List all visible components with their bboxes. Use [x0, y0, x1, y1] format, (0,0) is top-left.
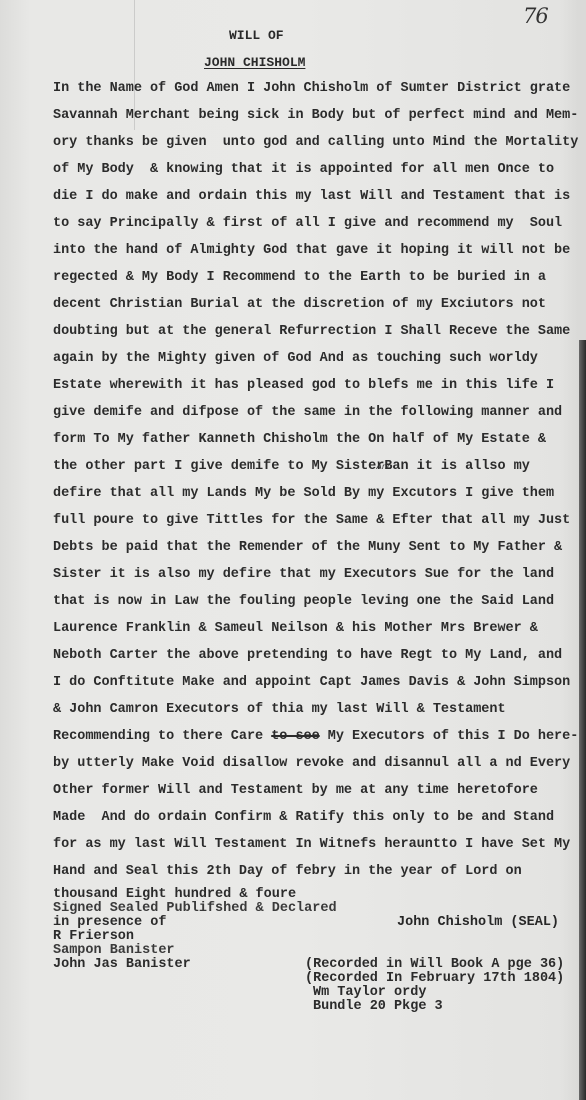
testator-signature: John Chisholm (SEAL) — [397, 916, 559, 930]
recording-note: (Recorded In February 17th 1804) — [305, 972, 564, 986]
body-line: of My Body & knowing that it is appointe… — [53, 160, 583, 187]
body-line: by utterly Make Void disallow revoke and… — [53, 754, 583, 781]
body-line: Sister it is also my defire that my Exec… — [53, 565, 583, 592]
body-line-text: My Executors of this I Do here- — [320, 729, 579, 744]
witness-name: Sampon Banister — [53, 944, 337, 958]
witness-block: thousand Eight hundred & foure Signed Se… — [53, 888, 337, 972]
body-line: Savannah Merchant being sick in Body but… — [53, 106, 583, 133]
body-line: Hand and Seal this 2th Day of febry in t… — [53, 862, 583, 889]
body-line: die I do make and ordain this my last Wi… — [53, 187, 583, 214]
body-line: that is now in Law the fouling people le… — [53, 592, 583, 619]
witness-name: John Jas Banister — [53, 958, 337, 972]
body-line: doubting but at the general Refurrection… — [53, 322, 583, 349]
body-line: defire that all my Lands My be Sold By m… — [53, 484, 583, 511]
body-line: for as my last Will Testament In Witnefs… — [53, 835, 583, 862]
recording-note: (Recorded in Will Book A pge 36) — [305, 958, 564, 972]
body-line: Neboth Carter the above pretending to ha… — [53, 646, 583, 673]
recording-note: Bundle 20 Pkge 3 — [305, 1000, 564, 1014]
struck-text: to see — [271, 729, 320, 744]
body-line: regected & My Body I Recommend to the Ea… — [53, 268, 583, 295]
body-line: Made And do ordain Confirm & Ratify this… — [53, 808, 583, 835]
closing-line: thousand Eight hundred & foure — [53, 888, 337, 902]
body-line: In the Name of God Amen I John Chisholm … — [53, 79, 583, 106]
document-title: WILL OF — [229, 28, 284, 43]
body-line: I do Conftitute Make and appoint Capt Ja… — [53, 673, 583, 700]
body-line: form To My father Kanneth Chisholm the O… — [53, 430, 583, 457]
body-line-text: Recommending to there Care — [53, 729, 271, 744]
body-line: full poure to give Tittles for the Same … — [53, 511, 583, 538]
recording-note: Wm Taylor ordy — [305, 986, 564, 1000]
scanned-document-page: 76 WILL OF JOHN CHISHOLM In the Name of … — [0, 0, 586, 1100]
body-line-with-strikethrough: Recommending to there Care to see My Exe… — [53, 727, 583, 754]
body-line: Debts be paid that the Remender of the M… — [53, 538, 583, 565]
body-line-with-annotation: the other part I give demife to My Siste… — [53, 457, 583, 484]
body-line: again by the Mighty given of God And as … — [53, 349, 583, 376]
body-line: into the hand of Almighty God that gave … — [53, 241, 583, 268]
closing-line: in presence of — [53, 916, 337, 930]
handwritten-page-number: 76 — [523, 4, 548, 28]
body-line: give demife and difpose of the same in t… — [53, 403, 583, 430]
body-line-text: the other part I give demife to My Siste… — [53, 459, 384, 474]
recording-notes: (Recorded in Will Book A pge 36) (Record… — [305, 958, 564, 1014]
closing-line: Signed Sealed Publifshed & Declared — [53, 902, 337, 916]
body-line: decent Christian Burial at the discretio… — [53, 295, 583, 322]
witness-name: R Frierson — [53, 930, 337, 944]
body-line: ory thanks be given unto god and calling… — [53, 133, 583, 160]
body-line: Estate wherewith it has pleased god to b… — [53, 376, 583, 403]
will-body-text: In the Name of God Amen I John Chisholm … — [53, 79, 583, 889]
body-line: Laurence Franklin & Sameul Neilson & his… — [53, 619, 583, 646]
body-line: to say Principally & first of all I give… — [53, 214, 583, 241]
document-subtitle-testator-name: JOHN CHISHOLM — [204, 55, 305, 70]
body-line-text: Ban it is allso my — [384, 459, 529, 474]
body-line: & John Camron Executors of thia my last … — [53, 700, 583, 727]
body-line: Other former Will and Testament by me at… — [53, 781, 583, 808]
handwritten-annotation: Ann — [376, 457, 392, 477]
